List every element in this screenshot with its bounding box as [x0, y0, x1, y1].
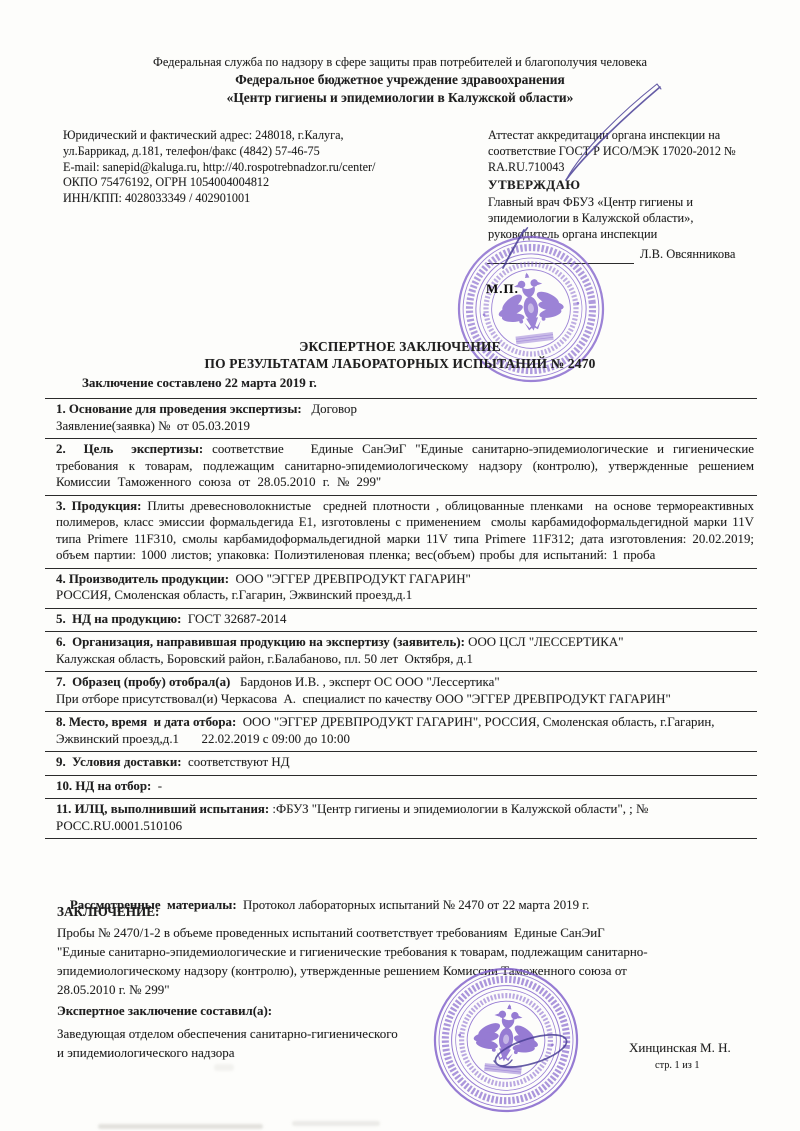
section-label: 3. Продукция:	[56, 499, 141, 513]
conclusion-text: Пробы № 2470/1-2 в объеме проведенных ис…	[57, 923, 765, 999]
section-label: 9. Условия доставки:	[56, 755, 182, 769]
approver-name: Л.В. Овсянникова	[640, 246, 735, 263]
section-text: -	[151, 779, 162, 793]
section-text: Бардонов И.В. , эксперт ОС ООО "Лессерти…	[230, 675, 499, 689]
section-7: 7. Образец (пробу) отобрал(а) Бардонов И…	[45, 671, 757, 711]
approve-heading: УТВЕРЖДАЮ	[488, 177, 580, 194]
section-label: 7. Образец (пробу) отобрал(а)	[56, 675, 230, 689]
section-9: 9. Условия доставки: соответствуют НД	[45, 751, 757, 775]
section-label: 6. Организация, направившая продукцию на…	[56, 635, 465, 649]
conclusion-heading: ЗАКЛЮЧЕНИЕ:	[57, 904, 159, 921]
section-text: Договор	[302, 402, 357, 416]
section-label: 1. Основание для проведения экспертизы:	[56, 402, 302, 416]
section-6: 6. Организация, направившая продукцию на…	[45, 631, 757, 671]
requisite-line-okpo: ОКПО 75476192, ОГРН 1054004004812	[63, 175, 448, 191]
section-label: 2. Цель экспертизы:	[56, 442, 203, 456]
section-label: 4. Производитель продукции:	[56, 572, 229, 586]
requisite-line-inn: ИНН/КПП: 4028033349 / 402901001	[63, 191, 448, 207]
composed-date: Заключение составлено 22 марта 2019 г.	[82, 375, 317, 392]
requisites-block: Юридический и фактический адрес: 248018,…	[63, 128, 448, 207]
page-number: стр. 1 из 1	[655, 1058, 700, 1075]
section-extra-line: Калужская область, Боровский район, г.Ба…	[56, 651, 754, 668]
scan-smudge	[214, 1064, 234, 1071]
section-label: 5. НД на продукцию:	[56, 612, 181, 626]
section-1: 1. Основание для проведения экспертизы: …	[45, 398, 757, 438]
header-org-type: Федеральное бюджетное учреждение здравоо…	[0, 72, 800, 89]
section-extra-line: Заявление(заявка) № от 05.03.2019	[56, 418, 754, 435]
doc-title-line1: ЭКСПЕРТНОЕ ЗАКЛЮЧЕНИЕ	[0, 339, 800, 356]
section-text: ООО "ЭГГЕР ДРЕВПРОДУКТ ГАГАРИН"	[229, 572, 471, 586]
scan-smudge	[98, 1124, 263, 1129]
header-agency: Федеральная служба по надзору в сфере за…	[0, 54, 800, 71]
section-text: ГОСТ 32687-2014	[181, 612, 286, 626]
section-text: Плиты древесноволокнистые средней плотно…	[56, 499, 759, 563]
section-10: 10. НД на отбор: -	[45, 775, 757, 799]
section-text: ООО ЦСЛ "ЛЕССЕРТИКА"	[465, 635, 624, 649]
author-heading: Экспертное заключение составил(а):	[57, 1003, 272, 1020]
doc-title-line2: ПО РЕЗУЛЬТАТАМ ЛАБОРАТОРНЫХ ИСПЫТАНИЙ № …	[0, 356, 800, 373]
requisite-line-address: Юридический и фактический адрес: 248018,…	[63, 128, 448, 144]
section-extra-line: РОССИЯ, Смоленская область, г.Гагарин, Э…	[56, 587, 754, 604]
section-4: 4. Производитель продукции: ООО "ЭГГЕР Д…	[45, 568, 757, 608]
author-position: Заведующая отделом обеспечения санитарно…	[57, 1025, 477, 1062]
header-org-name: «Центр гигиены и эпидемиологии в Калужск…	[0, 90, 800, 107]
section-11: 11. ИЛЦ, выполнивший испытания: :ФБУЗ "Ц…	[45, 798, 757, 838]
section-label: 8. Место, время и дата отбора:	[56, 715, 236, 729]
sections-table: 1. Основание для проведения экспертизы: …	[45, 398, 757, 839]
stamp-place-label: М.П.	[486, 281, 519, 298]
scanned-document-page: Федеральная служба по надзору в сфере за…	[0, 0, 800, 1131]
section-extra-line: При отборе присутствовал(и) Черкасова А.…	[56, 691, 754, 708]
requisite-line-email: E-mail: sanepid@kaluga.ru, http://40.ros…	[63, 160, 448, 176]
section-text: соответствуют НД	[182, 755, 290, 769]
requisite-line-phone: ул.Баррикад, д.181, телефон/факс (4842) …	[63, 144, 448, 160]
scan-smudge	[292, 1121, 380, 1126]
section-8: 8. Место, время и дата отбора: ООО "ЭГГЕ…	[45, 711, 757, 751]
section-2: 2. Цель экспертизы: соответствие Единые …	[45, 438, 757, 495]
author-name: Хинцинская М. Н.	[629, 1040, 731, 1057]
materials-text: Протокол лабораторных испытаний № 2470 о…	[237, 898, 590, 912]
section-3: 3. Продукция: Плиты древесноволокнистые …	[45, 495, 757, 568]
section-5: 5. НД на продукцию: ГОСТ 32687-2014	[45, 608, 757, 632]
section-label: 11. ИЛЦ, выполнивший испытания:	[56, 802, 269, 816]
section-label: 10. НД на отбор:	[56, 779, 151, 793]
accreditation-text: Аттестат аккредитации органа инспекции н…	[488, 128, 775, 175]
